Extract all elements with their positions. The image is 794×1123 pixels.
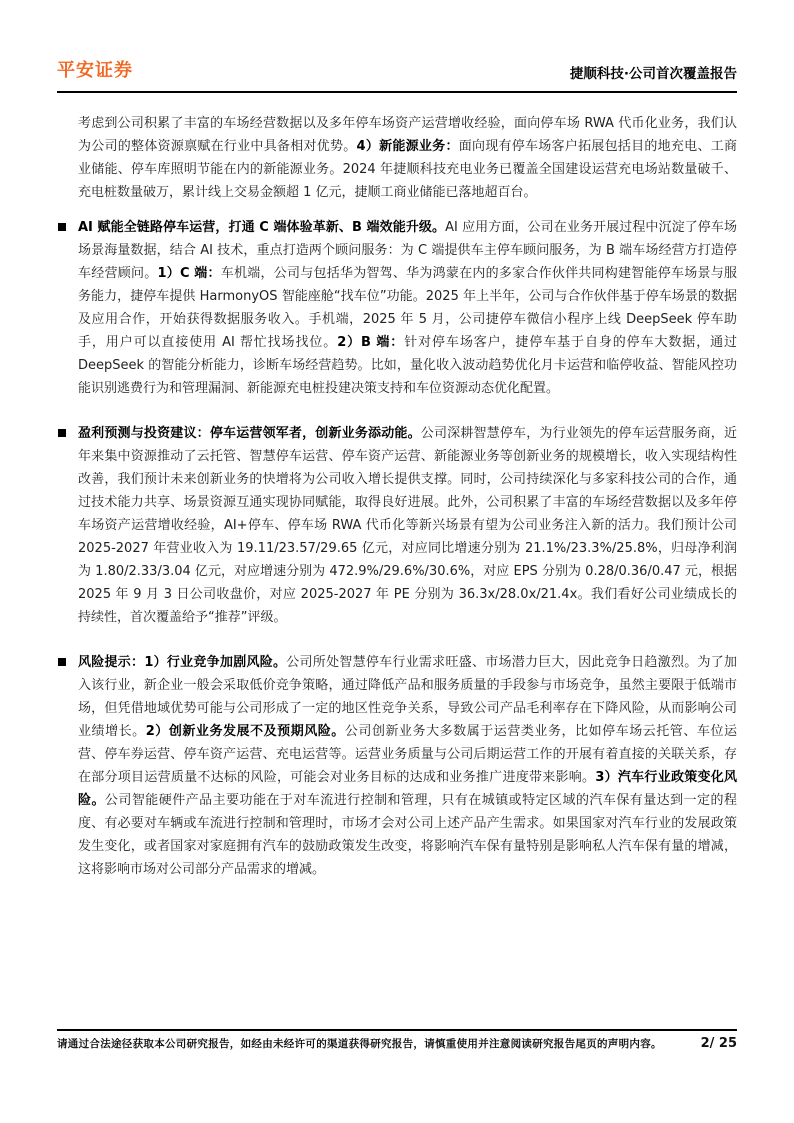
bullet-paragraph: AI 赋能全链路停车运营，打通 C 端体验革新、B 端效能升级。AI 应用方面，…: [57, 216, 737, 400]
emphasis-text: 1）C 端：: [157, 266, 220, 281]
bullet-square-icon: [58, 429, 66, 437]
body-text: 公司深耕智慧停车，为行业领先的停车运营服务商，近年来集中资源推动了云托管、智慧停…: [78, 426, 737, 625]
report-body: 考虑到公司积累了丰富的车场经营数据以及多年停车场资产运营增收经验，面向停车场 R…: [57, 104, 737, 881]
report-page: 平安证券 捷顺科技·公司首次覆盖报告 考虑到公司积累了丰富的车场经营数据以及多年…: [0, 0, 794, 1123]
page-header: 平安证券 捷顺科技·公司首次覆盖报告: [57, 56, 737, 82]
emphasis-text: 2）创新业务发展不及预期风险。: [146, 724, 345, 739]
emphasis-text: 盈利预测与投资建议：停车运营领军者，创新业务添动能。: [78, 426, 421, 441]
footer-disclaimer: 请通过合法途径获取本公司研究报告，如经由未经许可的渠道获得研究报告，请慎重使用并…: [57, 1036, 662, 1051]
emphasis-text: 风险提示：1）行业竞争加剧风险。: [78, 655, 286, 670]
bullet-square-icon: [58, 658, 66, 666]
bullet-square-icon: [58, 223, 66, 231]
header-divider: [57, 91, 737, 93]
paragraph: 考虑到公司积累了丰富的车场经营数据以及多年停车场资产运营增收经验，面向停车场 R…: [57, 112, 737, 204]
body-text: 公司智能硬件产品主要功能在于对车流进行控制和管理，只有在城镇或特定区域的汽车保有…: [78, 793, 737, 877]
page-number: 2/ 25: [701, 1036, 737, 1051]
emphasis-text: AI 赋能全链路停车运营，打通 C 端体验革新、B 端效能升级。: [78, 220, 445, 235]
bullet-paragraph: 盈利预测与投资建议：停车运营领军者，创新业务添动能。公司深耕智慧停车，为行业领先…: [57, 422, 737, 629]
page-footer: 请通过合法途径获取本公司研究报告，如经由未经许可的渠道获得研究报告，请慎重使用并…: [57, 1036, 737, 1051]
emphasis-text: 2）B 端：: [337, 335, 404, 350]
report-title: 捷顺科技·公司首次覆盖报告: [570, 62, 737, 82]
emphasis-text: 4）新能源业务：: [357, 139, 459, 154]
brand-logo: 平安证券: [57, 56, 133, 82]
footer-divider: [57, 1029, 737, 1031]
bullet-paragraph: 风险提示：1）行业竞争加剧风险。公司所处智慧停车行业需求旺盛、市场潜力巨大，因此…: [57, 651, 737, 881]
